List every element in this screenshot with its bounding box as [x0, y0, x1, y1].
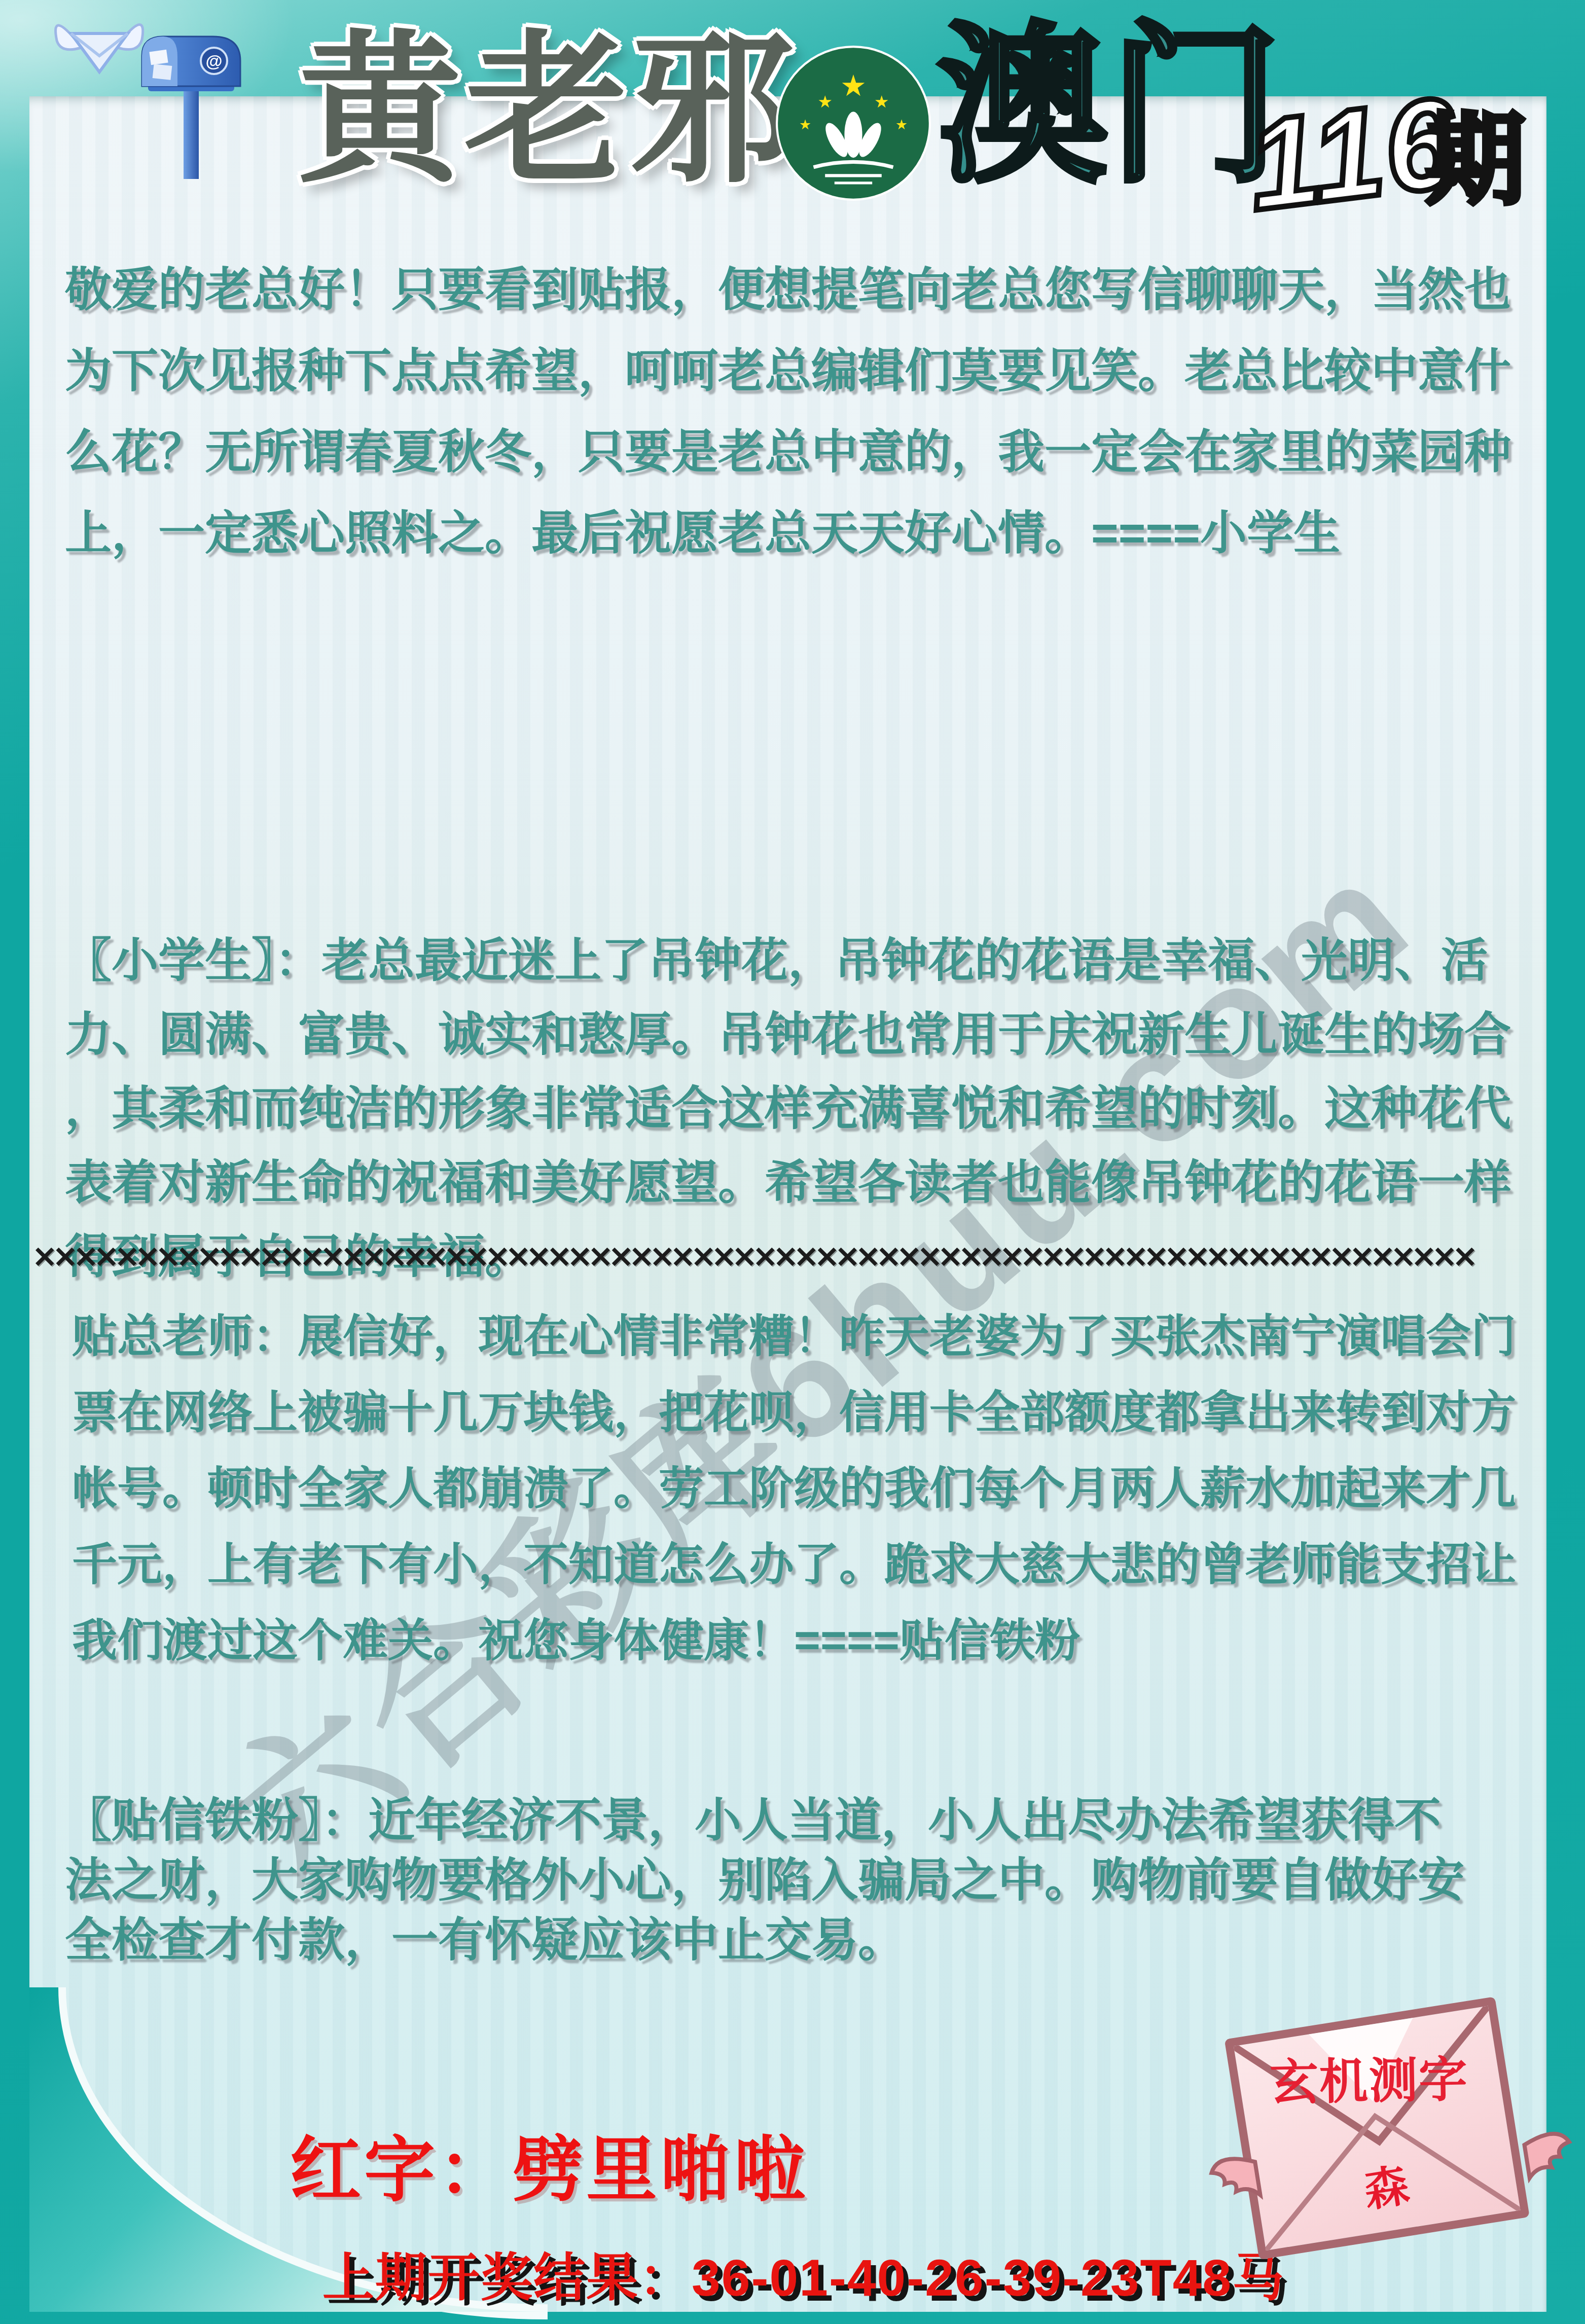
svg-text:★: ★: [874, 93, 889, 112]
svg-text:★: ★: [895, 117, 908, 132]
mystery-envelope-stamp: 玄机测字 森: [1204, 1992, 1562, 2278]
svg-text:★: ★: [817, 93, 833, 112]
tip-sheet-page: 六合彩库6huu.com: [0, 0, 1585, 2324]
stitch-divider: ✕✕✕✕✕✕✕✕✕✕✕✕✕✕✕✕✕✕✕✕✕✕✕✕✕✕✕✕✕✕✕✕✕✕✕✕✕✕✕✕…: [32, 1236, 1550, 1280]
reply-letter-2: 〖贴信铁粉〗：近年经济不景，小人当道，小人出尽办法希望获得不 法之财，大家购物要…: [65, 1791, 1540, 1970]
macau-lotus-logo-icon: ★ ★ ★ ★ ★: [775, 45, 932, 202]
page-title: 黄老邪: [298, 29, 797, 193]
svg-text:★: ★: [799, 117, 811, 132]
mailbox-icon: @: [133, 29, 249, 181]
red-hint-line: 红字：劈里啪啦: [290, 2113, 808, 2215]
envelope-title: 玄机测字: [1240, 2041, 1498, 2115]
envelope-body: 玄机测字 森: [1224, 1996, 1530, 2260]
svg-text:@: @: [205, 52, 222, 71]
region-title: 澳门: [937, 20, 1282, 192]
reader-letter-2: 贴总老师：展信好，现在心情非常糟！昨天老婆为了买张杰南宁演唱会门 票在网络上被骗…: [72, 1298, 1542, 1678]
wing-icon: [1517, 2122, 1584, 2205]
issue-suffix: 期: [1426, 111, 1525, 210]
reader-letter-1: 敬爱的老总好！只要看到贴报，便想提笔向老总您写信聊聊天，当然也 为下次见报种下点…: [65, 249, 1525, 574]
previous-draw-result: 上期开奖结果：36-01-40-26-39-23T48马: [322, 2237, 1285, 2311]
svg-text:★: ★: [840, 70, 867, 102]
